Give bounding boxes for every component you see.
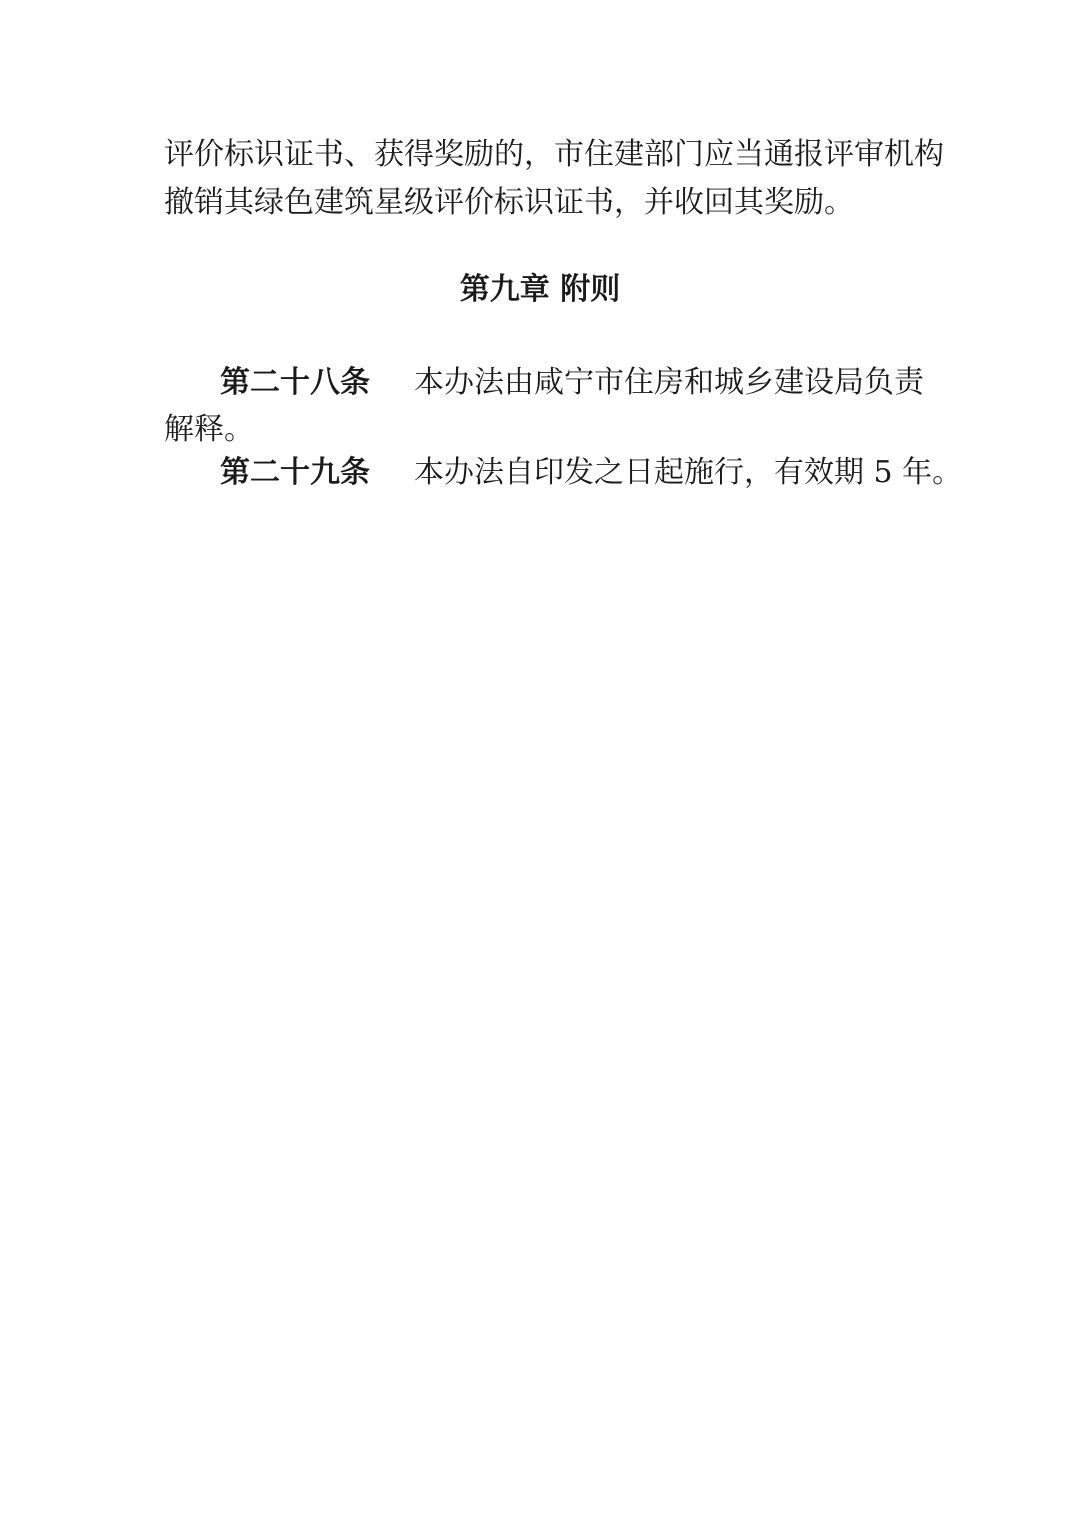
article-29-number: 第二十九条 (220, 455, 370, 490)
body-text-line-2: 撤销其绿色建筑星级评价标识证书，并收回其奖励。 (164, 188, 854, 218)
article-29-text: 本办法自印发之日起施行，有效期 5 年。 (414, 455, 962, 490)
article-28-line-1: 第二十八条本办法由咸宁市住房和城乡建设局负责 (220, 368, 924, 398)
document-page: 评价标识证书、获得奖励的，市住建部门应当通报评审机构 撤销其绿色建筑星级评价标识… (0, 0, 1080, 1527)
article-29-line-1: 第二十九条本办法自印发之日起施行，有效期 5 年。 (220, 458, 962, 488)
article-28-line-2: 解释。 (164, 415, 254, 445)
body-text-line-1: 评价标识证书、获得奖励的，市住建部门应当通报评审机构 (164, 140, 944, 170)
article-28-number: 第二十八条 (220, 365, 370, 400)
article-28-text: 本办法由咸宁市住房和城乡建设局负责 (414, 365, 924, 400)
chapter-heading: 第九章 附则 (0, 275, 1080, 305)
